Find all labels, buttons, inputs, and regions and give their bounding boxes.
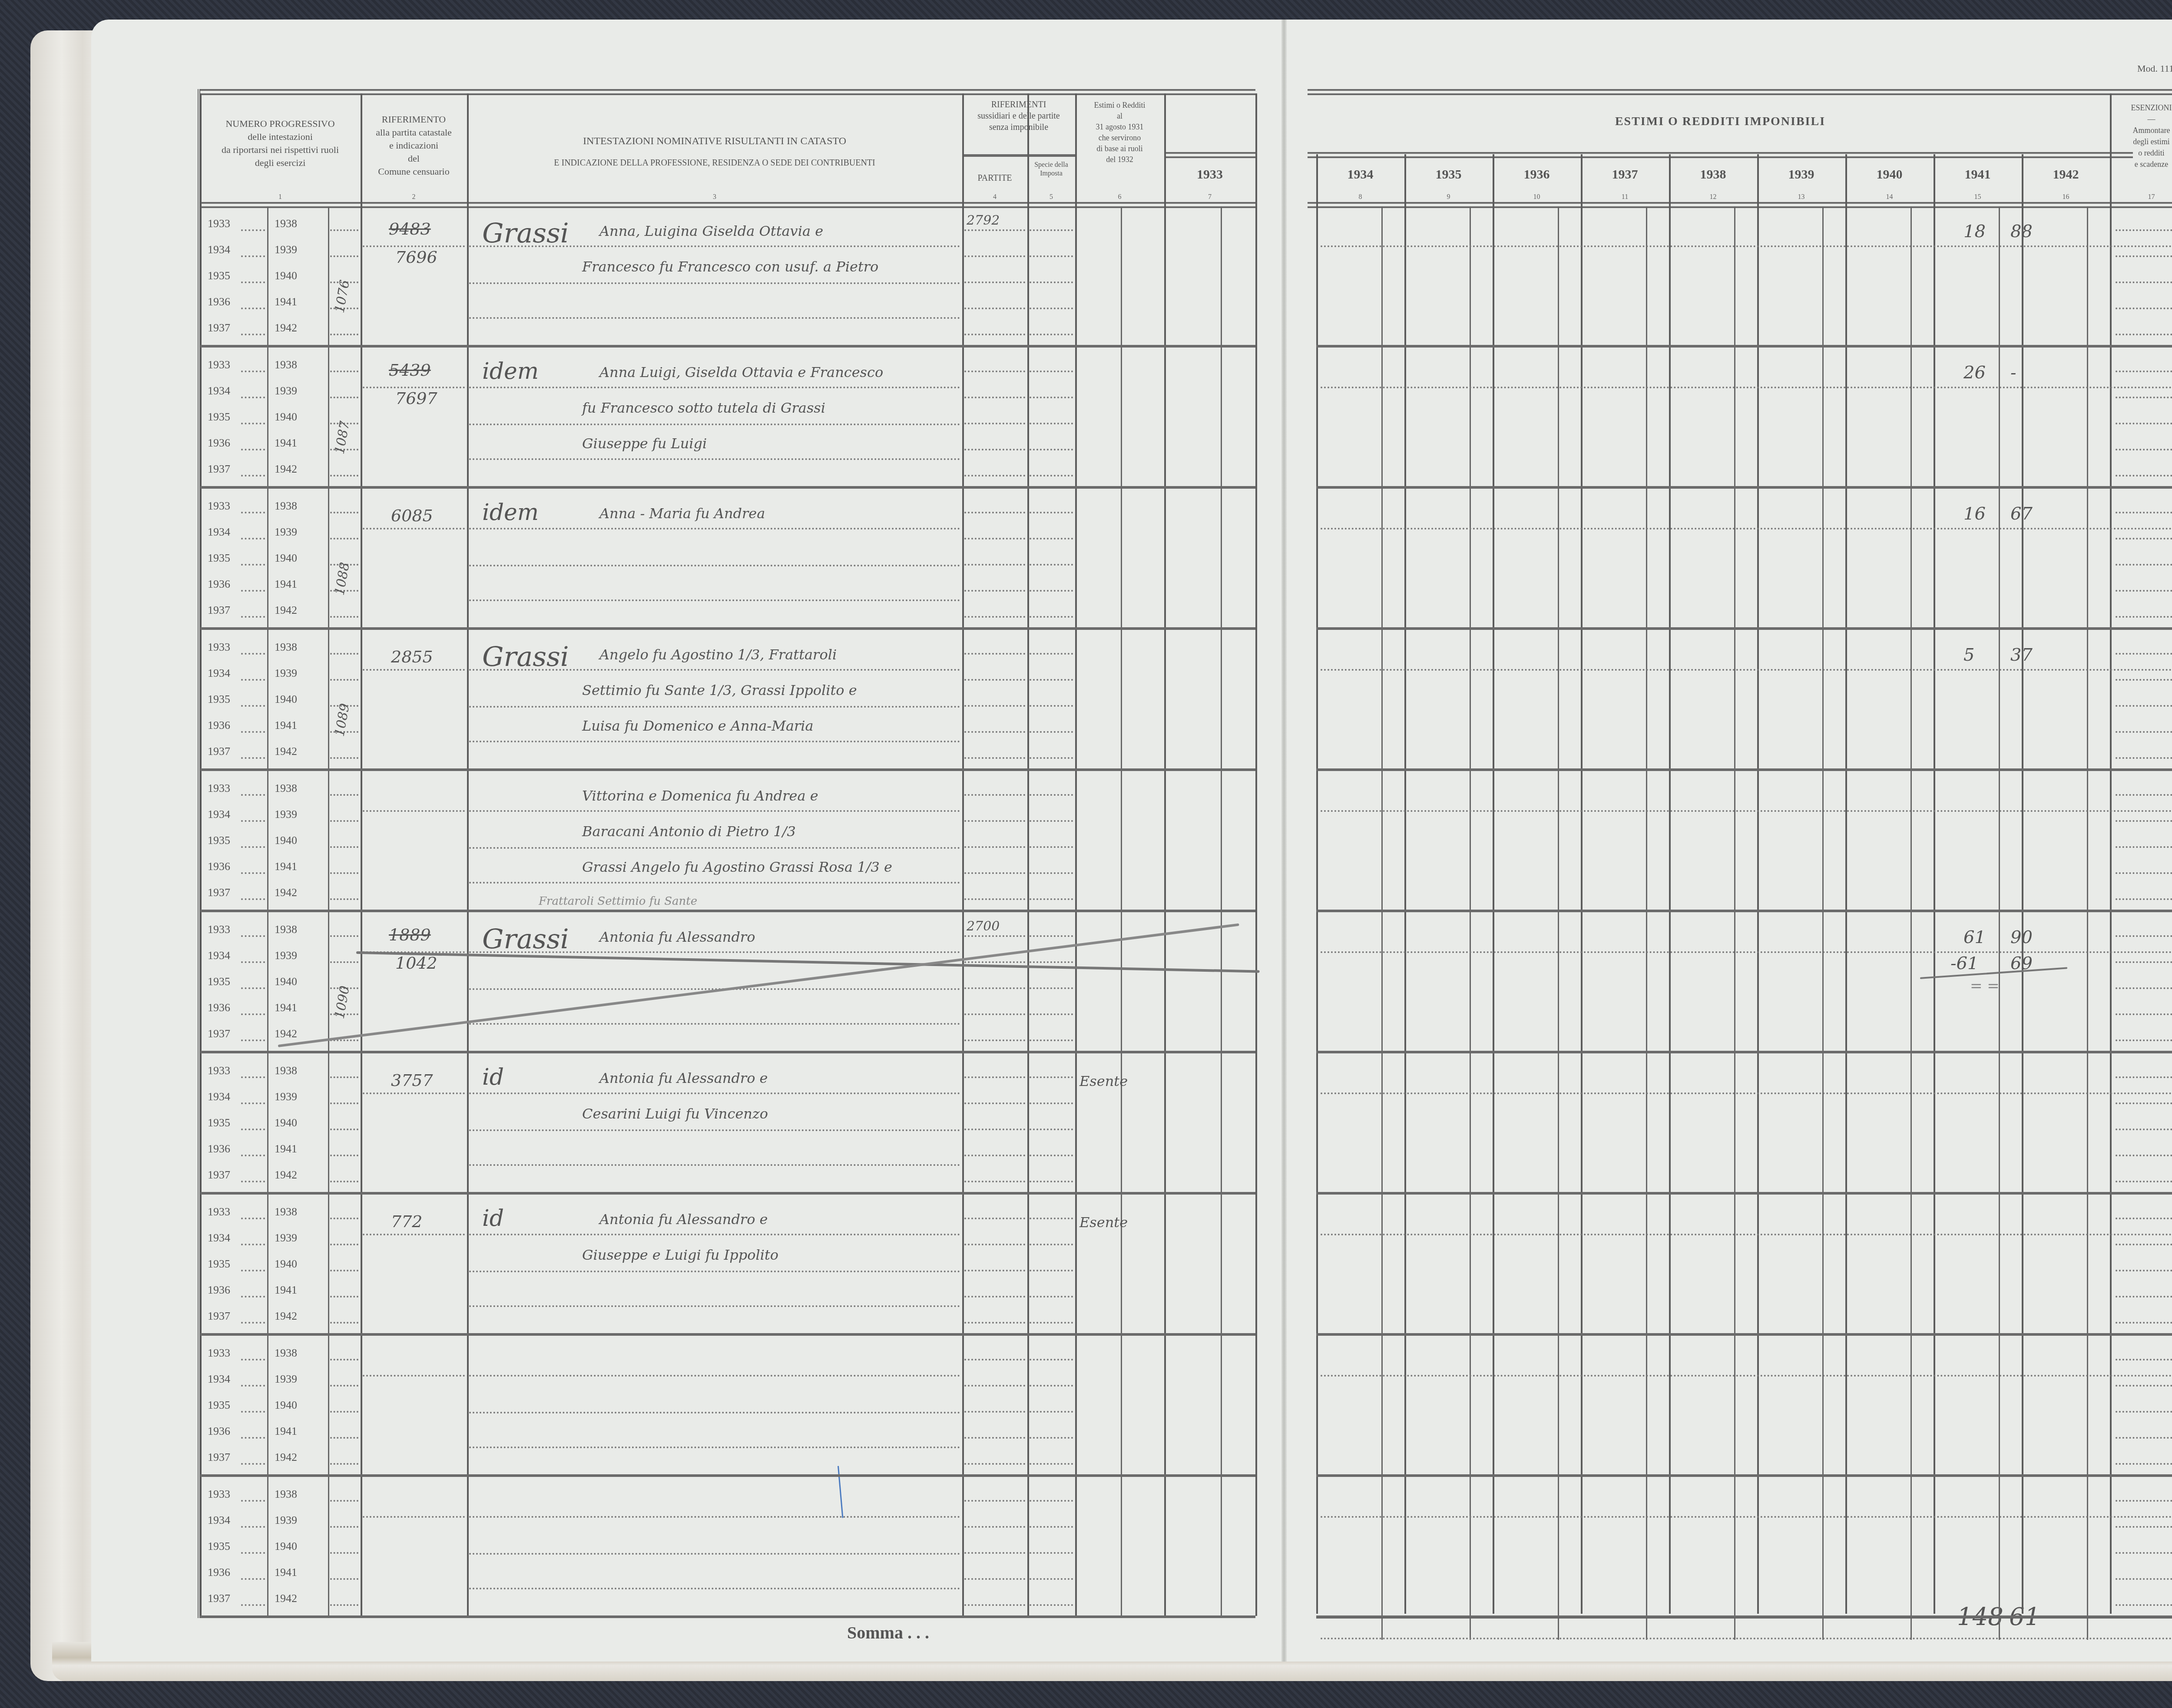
book-gutter: [1281, 20, 1287, 1662]
dotted-rule: [241, 281, 265, 283]
year-header: 1937: [1581, 167, 1669, 182]
entry-separator: [200, 1051, 1255, 1053]
dotted-rule: [2116, 1552, 2172, 1554]
dotted-rule: [241, 255, 265, 257]
dotted-rule: [363, 1234, 465, 1235]
dotted-rule: [964, 334, 1025, 335]
dotted-rule: [330, 255, 358, 257]
col1-sub: degli esercizi: [200, 156, 361, 169]
dotted-rule: [964, 1244, 1025, 1245]
dotted-rule: [330, 1244, 358, 1245]
year-label-right: 1940: [275, 1540, 297, 1553]
year-label-right: 1940: [275, 693, 297, 706]
year-header: 1936: [1493, 167, 1581, 182]
name-line: Anna Luigi, Giselda Ottavia e Francesco: [599, 364, 883, 381]
dotted-rule: [964, 1604, 1025, 1606]
dotted-rule: [1030, 1385, 1073, 1387]
dotted-rule: [330, 1218, 358, 1219]
year-label-right: 1939: [275, 1373, 297, 1386]
dotted-rule: [330, 757, 358, 759]
name-line: Angelo fu Agostino 1/3, Frattaroli: [599, 646, 837, 663]
col45-title: RIFERIMENTI: [962, 99, 1075, 110]
year-label-right: 1939: [275, 1231, 297, 1245]
dotted-rule: [1030, 1437, 1073, 1439]
riferimento-number: 1042: [395, 953, 437, 973]
year-label-right: 1941: [275, 719, 297, 732]
name-line: Vittorina e Domenica fu Andrea e: [582, 788, 818, 804]
dotted-rule: [241, 987, 265, 989]
col7-num: 7: [1164, 193, 1255, 201]
esenzioni-left-divider: [2110, 93, 2112, 1614]
partite-number: 2792: [967, 213, 1000, 228]
year-label-left: 1935: [208, 410, 230, 424]
year-label-right: 1942: [275, 1310, 297, 1323]
dotted-rule: [1030, 423, 1073, 424]
entry-separator: [200, 345, 1255, 348]
dotted-rule: [964, 564, 1025, 566]
year-label-right: 1939: [275, 1090, 297, 1103]
dotted-rule: [1030, 935, 1073, 937]
name-line: Cesarini Luigi fu Vincenzo: [582, 1106, 768, 1122]
cents-divider: [1910, 206, 1912, 1640]
dotted-rule: [964, 1359, 1025, 1360]
dotted-rule: [241, 731, 265, 733]
year-label-left: 1937: [208, 604, 230, 617]
riferimento-struck: 1889: [389, 925, 431, 944]
esenzioni-header: ESENZIONI — Ammontare degli estimi o red…: [2111, 102, 2172, 170]
estimi-cents-divider: [1121, 206, 1122, 1618]
dotted-rule: [964, 961, 1025, 963]
dotted-rule: [1030, 1013, 1073, 1015]
year-label-left: 1935: [208, 1258, 230, 1271]
dotted-rule: [241, 935, 265, 937]
dotted-rule: [964, 308, 1025, 309]
year-col-divider: [1404, 154, 1406, 1614]
dotted-rule: [1030, 1129, 1073, 1130]
dotted-rule: [2116, 961, 2172, 963]
dotted-rule: [330, 1500, 358, 1502]
form-code: Mod. 111 - Imposte Dirette (Intercalare)…: [2137, 63, 2172, 74]
year-label-right: 1938: [275, 1347, 297, 1360]
year-label-right: 1942: [275, 1451, 297, 1464]
year-col-divider: [1934, 154, 1935, 1614]
dotted-rule: [1321, 528, 2172, 530]
dotted-rule: [1030, 1322, 1073, 1324]
dotted-rule: [241, 653, 265, 655]
year-label-right: 1940: [275, 1116, 297, 1129]
name-line: Settimio fu Sante 1/3, Grassi Ippolito e: [582, 682, 857, 698]
dotted-rule: [964, 846, 1025, 848]
dotted-rule: [241, 308, 265, 309]
dotted-rule: [469, 706, 960, 708]
dotted-rule: [330, 1102, 358, 1104]
year-col-num: 8: [1316, 193, 1404, 201]
dotted-rule: [2116, 1244, 2172, 1245]
dotted-rule: [241, 1526, 265, 1528]
dotted-rule: [241, 872, 265, 874]
left-header-top-rule: [200, 89, 1255, 95]
dotted-rule: [330, 1076, 358, 1078]
dotted-rule: [964, 397, 1025, 398]
esenzioni-num: 17: [2111, 193, 2172, 201]
dotted-rule: [241, 794, 265, 796]
dotted-rule: [363, 387, 465, 388]
dotted-rule: [330, 475, 358, 477]
col2-sub: e indicazioni: [361, 139, 467, 152]
entry-separator-right: [1316, 1051, 2172, 1053]
dotted-rule: [241, 757, 265, 759]
name-line: Anna, Luigina Giselda Ottavia e: [599, 223, 823, 239]
dotted-rule: [2116, 229, 2172, 231]
dotted-rule: [1030, 1181, 1073, 1182]
name-line: Baracani Antonio di Pietro 1/3: [582, 823, 796, 840]
surname: idem: [482, 358, 539, 384]
dotted-rule: [964, 1181, 1025, 1182]
entry-separator-right: [1316, 627, 2172, 630]
year-label-left: 1933: [208, 1488, 230, 1501]
dotted-rule: [964, 679, 1025, 681]
name-line: Giuseppe fu Luigi: [582, 435, 707, 452]
dotted-rule: [2116, 1270, 2172, 1271]
dotted-rule: [330, 1322, 358, 1324]
year-label-left: 1934: [208, 667, 230, 680]
dotted-rule: [2116, 731, 2172, 733]
dotted-rule: [1030, 794, 1073, 796]
dotted-rule: [964, 1552, 1025, 1554]
left-col-divider: [962, 93, 964, 1616]
dotted-rule: [964, 872, 1025, 874]
dotted-rule: [1030, 757, 1073, 759]
dotted-rule: [1030, 1578, 1073, 1580]
surname: id: [482, 1205, 504, 1231]
year-label-right: 1939: [275, 1514, 297, 1527]
year-header: 1941: [1934, 167, 2022, 182]
dotted-rule: [241, 1013, 265, 1015]
dotted-rule: [330, 1437, 358, 1439]
years-subrule: [1308, 152, 2133, 158]
dotted-rule: [469, 741, 960, 742]
dotted-rule: [1030, 1552, 1073, 1554]
riferimento-number: 2855: [391, 647, 433, 666]
dotted-rule: [1030, 538, 1073, 540]
riferimento-number: 7696: [395, 248, 437, 267]
dotted-rule: [469, 458, 960, 460]
dotted-rule: [964, 731, 1025, 733]
dotted-rule: [241, 679, 265, 681]
year-label-left: 1935: [208, 269, 230, 282]
dotted-rule: [2116, 1181, 2172, 1182]
dotted-rule: [1030, 334, 1073, 335]
cents-divider: [1558, 206, 1559, 1640]
left-col-divider: [1255, 93, 1257, 1616]
dotted-rule: [2116, 872, 2172, 874]
col45-sub: sussidiari e delle partite: [962, 110, 1075, 122]
estimi-esente: Esente: [1079, 1073, 1128, 1089]
year-col-divider: [1669, 154, 1671, 1614]
faint-line: Frattaroli Settimio fu Sante: [539, 895, 697, 908]
dotted-rule: [241, 590, 265, 592]
year-label-right: 1942: [275, 1592, 297, 1605]
col6-sub: 31 agosto 1931: [1075, 122, 1164, 132]
riferimenti-subrule: [962, 154, 1075, 157]
year-label-left: 1937: [208, 1168, 230, 1182]
esenzioni-dash: —: [2111, 113, 2172, 125]
dotted-rule: [363, 1516, 465, 1518]
col7-subrule: [1164, 152, 1255, 158]
dotted-rule: [469, 1164, 960, 1166]
year-label-right: 1939: [275, 384, 297, 397]
col1-num: 1: [200, 193, 361, 201]
year-label-left: 1936: [208, 719, 230, 732]
dotted-rule: [469, 565, 960, 566]
dotted-rule: [1030, 705, 1073, 707]
dotted-rule: [469, 1092, 960, 1094]
dotted-rule: [964, 281, 1025, 283]
year-label-left: 1933: [208, 1347, 230, 1360]
dotted-rule: [2116, 1102, 2172, 1104]
dotted-rule: [1321, 245, 2172, 247]
dotted-rule: [964, 590, 1025, 592]
dotted-rule: [964, 1411, 1025, 1413]
esenzioni-sub: degli estimi: [2111, 136, 2172, 147]
right-title: ESTIMI O REDDITI IMPONIBILI: [1308, 115, 2133, 128]
dotted-rule: [330, 334, 358, 335]
dotted-rule: [241, 397, 265, 398]
year-label-right: 1941: [275, 1284, 297, 1297]
col7-year: 1933: [1164, 167, 1255, 182]
year-col-divider: [1493, 154, 1494, 1614]
dotted-rule: [469, 1516, 960, 1518]
dotted-rule: [363, 1375, 465, 1377]
dotted-rule: [964, 1578, 1025, 1580]
year-label-right: 1942: [275, 321, 297, 334]
cents-divider: [1381, 206, 1383, 1640]
year-label-left: 1936: [208, 860, 230, 873]
value-1941-cents: 67: [2010, 504, 2033, 524]
year-label-left: 1934: [208, 243, 230, 256]
dotted-rule: [2116, 757, 2172, 759]
year-label-left: 1937: [208, 321, 230, 334]
dotted-rule: [2116, 1385, 2172, 1387]
dotted-rule: [330, 898, 358, 900]
riferimento-number: 7697: [395, 389, 437, 408]
left-page-border: [198, 89, 200, 1618]
dotted-rule: [1030, 1411, 1073, 1413]
dotted-rule: [2116, 1578, 2172, 1580]
dotted-rule: [330, 679, 358, 681]
left-col-divider: [1075, 93, 1077, 1616]
somma-label: Somma . . .: [847, 1622, 929, 1643]
dotted-rule: [964, 705, 1025, 707]
dotted-rule: [241, 512, 265, 513]
dotted-rule: [964, 449, 1025, 450]
name-line: fu Francesco sotto tutela di Grassi: [582, 400, 825, 416]
year-label-right: 1940: [275, 834, 297, 847]
dotted-rule: [241, 1129, 265, 1130]
year-label-right: 1941: [275, 295, 297, 308]
dotted-rule: [241, 820, 265, 822]
dotted-rule: [330, 229, 358, 231]
dotted-rule: [469, 1305, 960, 1307]
dotted-rule: [1030, 898, 1073, 900]
year-label-left: 1933: [208, 500, 230, 513]
dotted-rule: [469, 810, 960, 812]
dotted-rule: [1321, 669, 2172, 671]
dotted-rule: [964, 1437, 1025, 1439]
dotted-rule: [241, 1437, 265, 1439]
year-label-left: 1936: [208, 1001, 230, 1014]
dotted-rule: [330, 653, 358, 655]
year-col-num: 16: [2022, 193, 2110, 201]
dotted-rule: [469, 1375, 960, 1377]
dotted-rule: [964, 1102, 1025, 1104]
dotted-rule: [1030, 1218, 1073, 1219]
somma-dotted: [1321, 1638, 2172, 1639]
col2-sub: alla partita catastale: [361, 126, 467, 139]
dotted-rule: [964, 1463, 1025, 1465]
dotted-rule: [1030, 1359, 1073, 1360]
dotted-rule: [241, 1039, 265, 1041]
dotted-rule: [1030, 820, 1073, 822]
dotted-rule: [469, 1129, 960, 1131]
dotted-rule: [964, 1500, 1025, 1502]
dotted-rule: [964, 423, 1025, 424]
col4-num: 4: [962, 193, 1027, 201]
dotted-rule: [241, 705, 265, 707]
year-label-left: 1935: [208, 1399, 230, 1412]
year-label-right: 1941: [275, 1001, 297, 1014]
dotted-rule: [1030, 371, 1073, 372]
dotted-rule: [330, 512, 358, 513]
value-1941: 26: [1963, 363, 1986, 383]
col2-header: RIFERIMENTO alla partita catastale e ind…: [361, 113, 467, 178]
cents-divider: [1999, 206, 2000, 1640]
dotted-rule: [1321, 1516, 2172, 1518]
col2-num: 2: [361, 193, 467, 201]
col6-sub: che servirono: [1075, 132, 1164, 143]
dotted-rule: [2116, 705, 2172, 707]
name-line: Giuseppe e Luigi fu Ippolito: [582, 1247, 778, 1263]
year-header: 1942: [2022, 167, 2110, 182]
riferimento-number: 6085: [391, 506, 433, 525]
year-col-num: 13: [1757, 193, 1845, 201]
partite-number: 2700: [967, 919, 1000, 934]
dotted-rule: [241, 1076, 265, 1078]
dotted-rule: [241, 1296, 265, 1298]
dotted-rule: [469, 882, 960, 884]
year-label-left: 1933: [208, 641, 230, 654]
col2-title: RIFERIMENTO: [361, 113, 467, 126]
dotted-rule: [469, 317, 960, 319]
entry-separator: [200, 486, 1255, 489]
year-label-left: 1933: [208, 782, 230, 795]
year-label-right: 1941: [275, 578, 297, 591]
dotted-rule: [964, 1322, 1025, 1324]
dotted-rule: [1030, 255, 1073, 257]
year-label-right: 1941: [275, 1566, 297, 1579]
year-label-left: 1934: [208, 1514, 230, 1527]
value-1941-cents: 88: [2010, 222, 2033, 242]
year-label-left: 1937: [208, 1027, 230, 1040]
year-label-left: 1935: [208, 693, 230, 706]
dotted-rule: [964, 1013, 1025, 1015]
col6-num: 6: [1075, 193, 1164, 201]
col5-title: Specie della Imposta: [1027, 161, 1075, 178]
year-label-left: 1935: [208, 1540, 230, 1553]
dotted-rule: [2116, 616, 2172, 618]
dotted-rule: [469, 847, 960, 849]
dotted-rule: [330, 538, 358, 540]
year-label-left: 1935: [208, 1116, 230, 1129]
dotted-rule: [964, 475, 1025, 477]
dotted-rule: [964, 538, 1025, 540]
year-label-right: 1941: [275, 1425, 297, 1438]
dotted-rule: [964, 512, 1025, 513]
year-label-right: 1940: [275, 1399, 297, 1412]
year-label-right: 1938: [275, 1205, 297, 1218]
cents-divider: [2087, 206, 2088, 1640]
dotted-rule: [241, 1270, 265, 1271]
dotted-rule: [2116, 1155, 2172, 1156]
dotted-rule: [964, 794, 1025, 796]
dotted-rule: [1030, 475, 1073, 477]
year-label-left: 1934: [208, 808, 230, 821]
year-col-divider: [1757, 154, 1759, 1614]
entry-separator-right: [1316, 486, 2172, 489]
entry-separator-right: [1316, 1192, 2172, 1195]
dotted-rule: [469, 1234, 960, 1235]
year-label-left: 1936: [208, 1142, 230, 1155]
dotted-rule: [241, 1604, 265, 1606]
dotted-rule: [469, 424, 960, 425]
dotted-rule: [330, 397, 358, 398]
dotted-rule: [241, 961, 265, 963]
year-label-right: 1938: [275, 500, 297, 513]
year-col-num: 14: [1845, 193, 1934, 201]
year-label-right: 1939: [275, 526, 297, 539]
col6-sub: di base ai ruoli: [1075, 143, 1164, 154]
dotted-rule: [2116, 475, 2172, 477]
dotted-rule: [241, 475, 265, 477]
dotted-rule: [1030, 1155, 1073, 1156]
dotted-rule: [2116, 281, 2172, 283]
year-label-left: 1934: [208, 1231, 230, 1245]
year-label-right: 1938: [275, 217, 297, 230]
year-label-right: 1942: [275, 886, 297, 899]
dotted-rule: [2116, 1322, 2172, 1324]
dotted-rule: [1030, 961, 1073, 963]
dotted-rule: [1030, 1604, 1073, 1606]
col2-sub: Comune censuario: [361, 165, 467, 178]
year-col-divider: [1581, 154, 1583, 1614]
dotted-rule: [241, 1411, 265, 1413]
riferimento-number: 772: [391, 1212, 423, 1231]
year-label-right: 1941: [275, 1142, 297, 1155]
dotted-rule: [1030, 1102, 1073, 1104]
dotted-rule: [964, 616, 1025, 618]
year-header: 1934: [1316, 167, 1404, 182]
dotted-rule: [1030, 449, 1073, 450]
dotted-rule: [241, 229, 265, 231]
dotted-rule: [2116, 1526, 2172, 1528]
dotted-rule: [2116, 820, 2172, 822]
dotted-rule: [330, 1552, 358, 1554]
dotted-rule: [241, 1463, 265, 1465]
year-label-left: 1937: [208, 886, 230, 899]
dotted-rule: [964, 757, 1025, 759]
dotted-rule: [1030, 397, 1073, 398]
dotted-rule: [363, 669, 465, 671]
